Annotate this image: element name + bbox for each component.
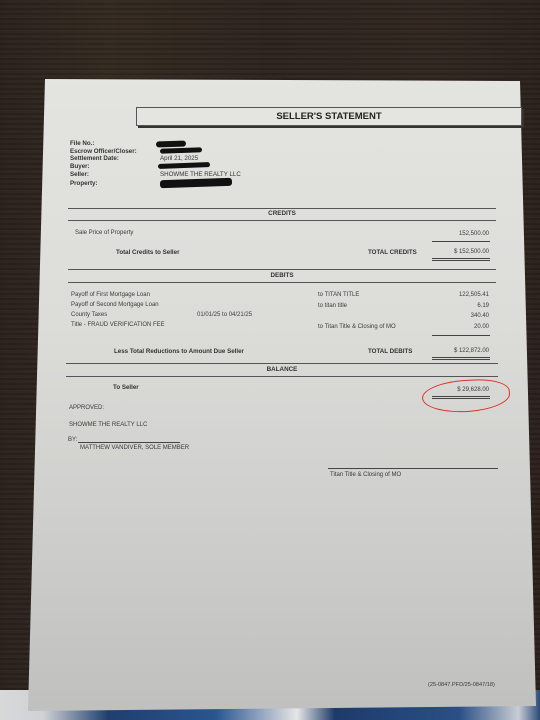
- credit-item-description: Sale Price of Property: [75, 230, 133, 236]
- debit-description: Title - FRAUD VERIFICATION FEE: [71, 322, 165, 328]
- debits-heading: DEBITS: [68, 272, 496, 279]
- signature-line: [78, 442, 180, 443]
- debit-amount: 6.19: [409, 303, 489, 309]
- debit-amount: 340.40: [409, 313, 489, 319]
- debit-amount: 20.00: [409, 324, 489, 330]
- property-redaction: [160, 178, 232, 189]
- credit-item-amount: 152,500.00: [409, 231, 489, 237]
- double-underline: [432, 258, 490, 261]
- debits-total-caption: TOTAL DEBITS: [368, 348, 412, 355]
- buyer-label: Buyer:: [70, 163, 90, 170]
- red-highlight-circle: [421, 377, 511, 415]
- document-title: SELLER'S STATEMENT: [136, 107, 522, 126]
- property-label: Property:: [70, 180, 98, 187]
- debit-payee: to Titan Title & Closing of MO: [318, 324, 396, 330]
- debits-total-label: Less Total Reductions to Amount Due Sell…: [114, 348, 244, 355]
- settlement-date-label: Settlement Date:: [70, 155, 119, 162]
- debit-amount: 122,505.41: [409, 292, 489, 298]
- seller-label: Seller:: [70, 171, 89, 178]
- divider: [66, 376, 498, 377]
- settlement-date-value: April 21, 2025: [160, 155, 198, 162]
- approved-label: APPROVED:: [69, 405, 104, 411]
- balance-label: To Seller: [113, 384, 139, 391]
- file-no-label: File No.:: [70, 140, 94, 147]
- sellers-statement-document: SELLER'S STATEMENT File No.: Escrow Offi…: [0, 0, 540, 720]
- debit-payee: to TITAN TITLE: [318, 292, 359, 298]
- divider: [68, 208, 496, 209]
- footer-file-code: (25-0847.PFD/25-0847/18): [428, 682, 495, 688]
- divider: [68, 282, 496, 283]
- debit-description: County Taxes: [71, 312, 107, 318]
- approval-company: SHOWME THE REALTY LLC: [69, 422, 147, 428]
- double-underline: [432, 357, 490, 360]
- closer-signature-caption: Titan Title & Closing of MO: [330, 472, 401, 478]
- credits-heading: CREDITS: [68, 210, 496, 217]
- closer-signature-line: [328, 468, 498, 469]
- divider: [66, 363, 498, 364]
- debit-description: Payoff of Second Mortgage Loan: [71, 302, 159, 308]
- underline: [432, 335, 490, 336]
- debit-description: Payoff of First Mortgage Loan: [71, 292, 150, 298]
- divider: [68, 269, 496, 270]
- by-label: BY:: [68, 437, 77, 443]
- debit-period: 01/01/25 to 04/21/25: [197, 312, 252, 318]
- debits-total-amount: $ 122,872.00: [409, 348, 489, 354]
- credits-total-amount: $ 152,500.00: [409, 249, 489, 255]
- debit-payee: to titan title: [318, 303, 347, 309]
- underline: [432, 241, 490, 242]
- balance-heading: BALANCE: [66, 366, 498, 373]
- credits-total-label: Total Credits to Seller: [116, 249, 180, 256]
- file-no-redaction: [156, 140, 186, 147]
- escrow-officer-label: Escrow Officer/Closer:: [70, 148, 137, 155]
- divider: [68, 220, 496, 221]
- buyer-redaction: [158, 162, 210, 169]
- escrow-officer-redaction: [160, 147, 202, 153]
- signer-name: MATTHEW VANDIVER, SOLE MEMBER: [80, 445, 189, 451]
